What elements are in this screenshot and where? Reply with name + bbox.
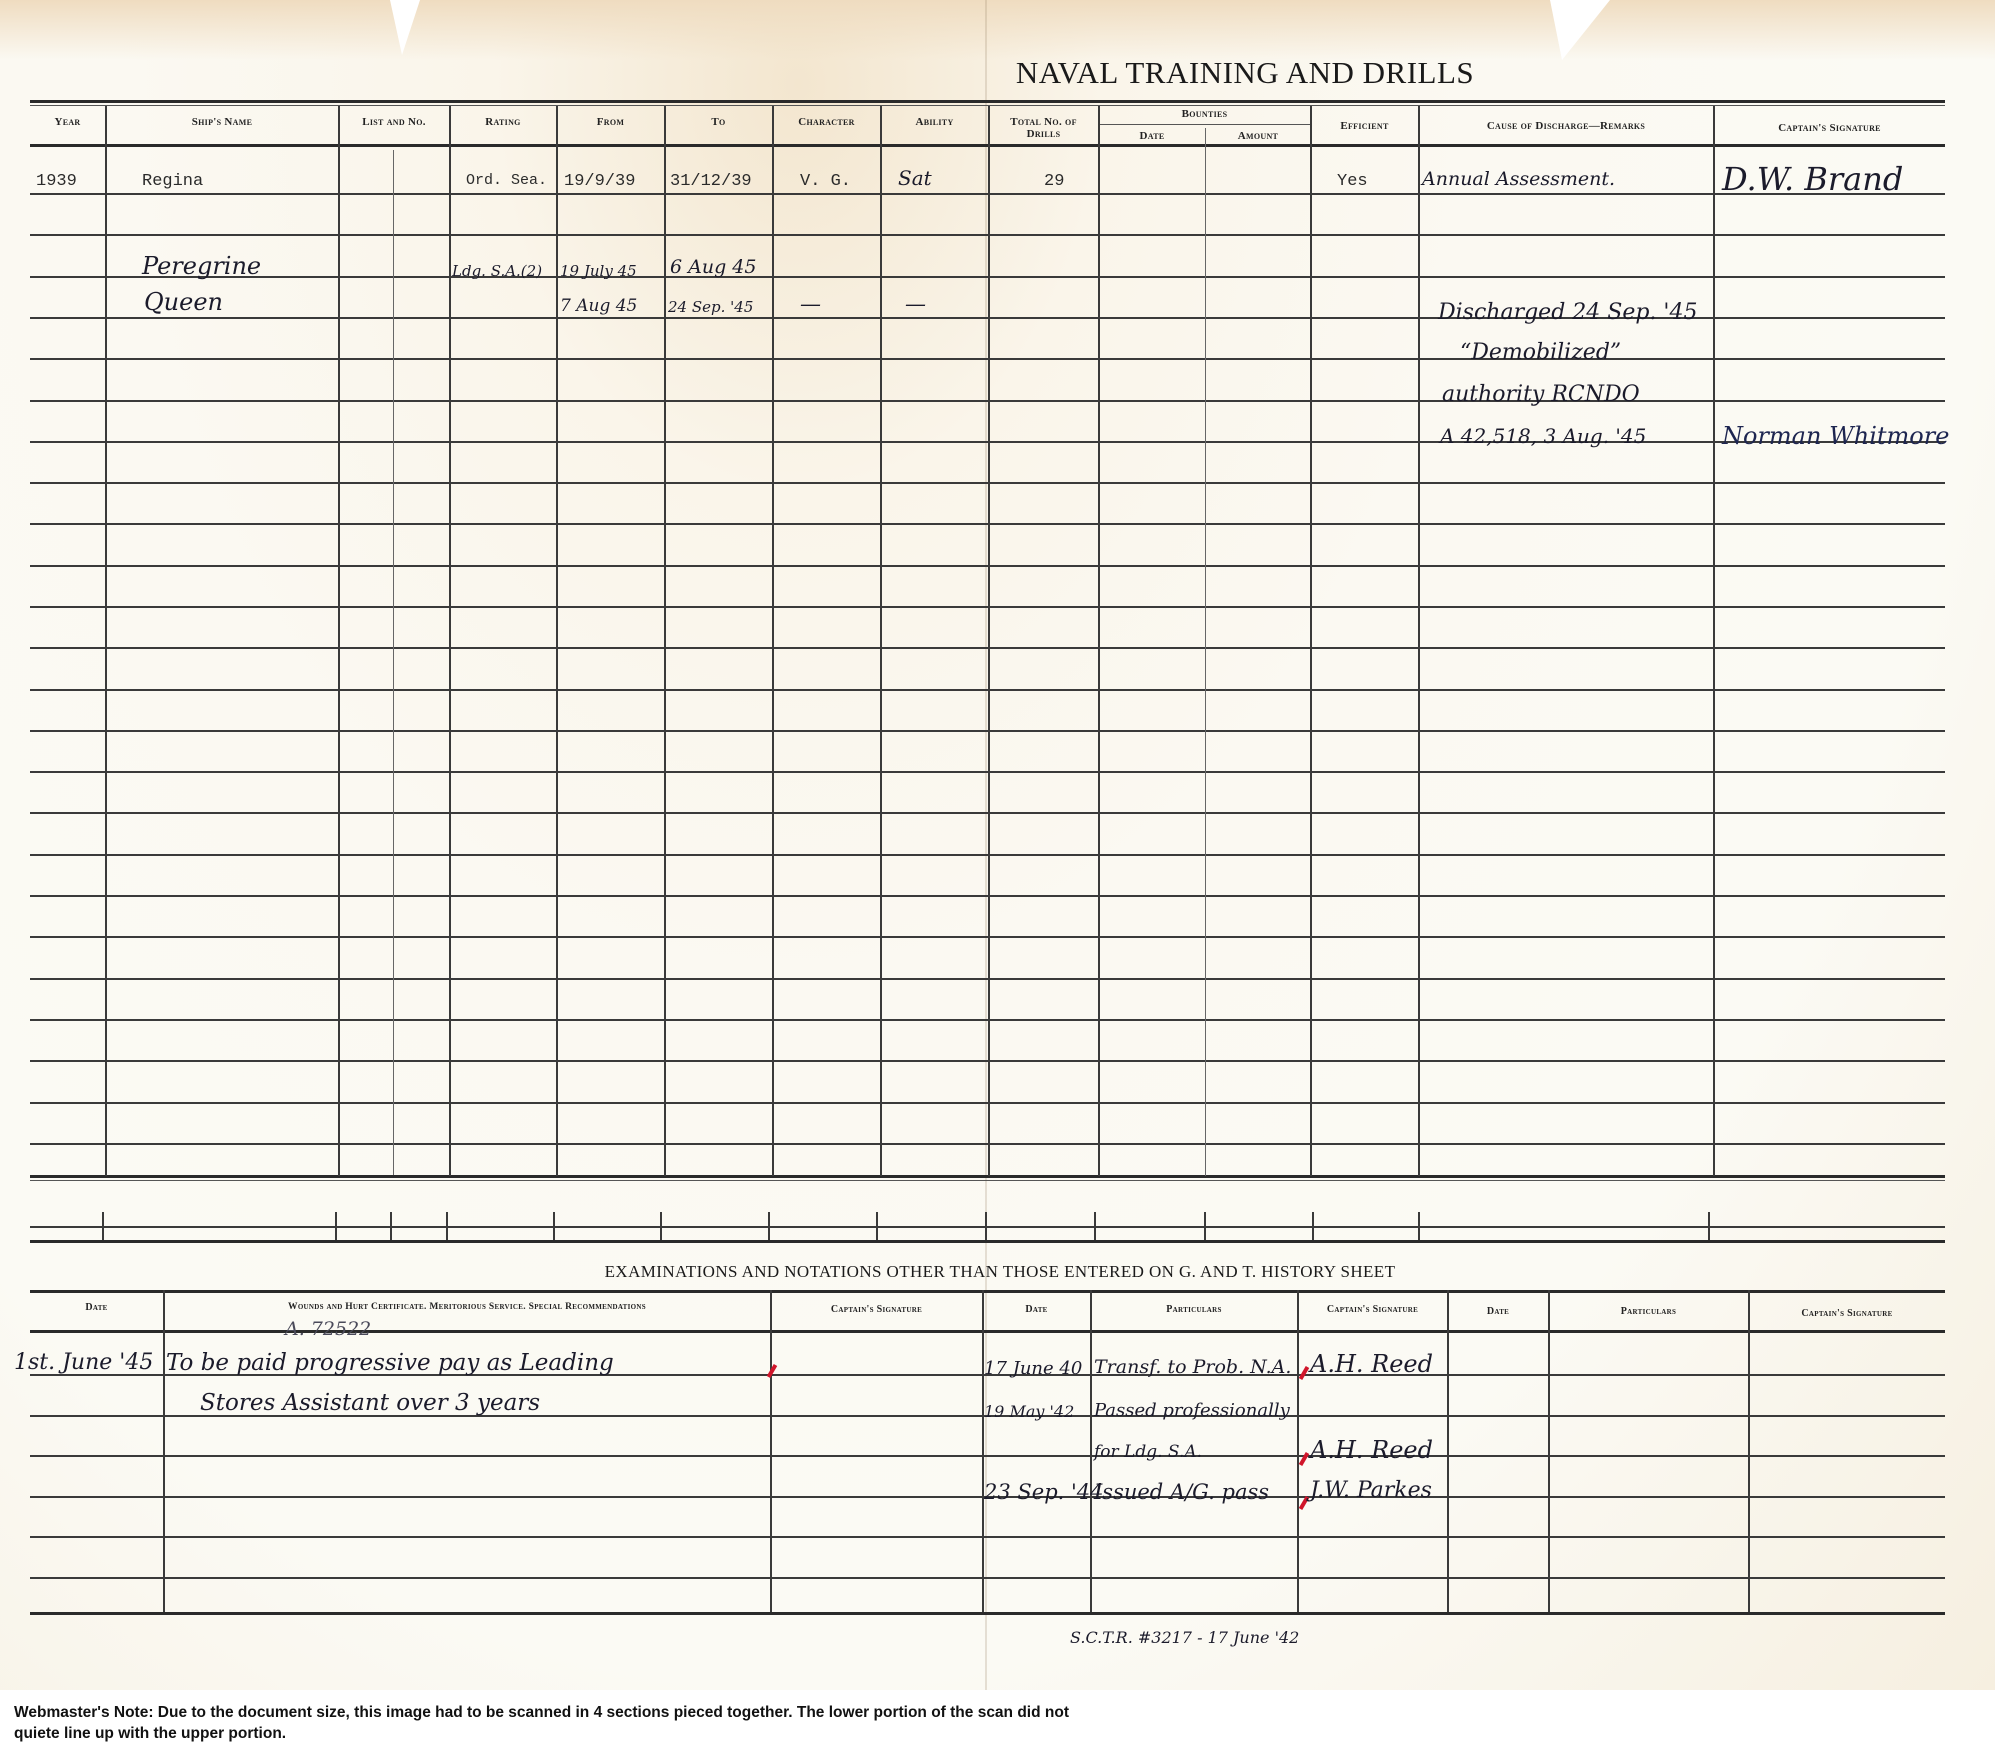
header-ability: Ability: [881, 116, 988, 128]
right-header-captains-signature: Captain's Signature: [1749, 1308, 1945, 1319]
strip-divider: [102, 1212, 104, 1240]
col-divider: [772, 106, 774, 1176]
lower-header-date: Date: [30, 1302, 163, 1313]
cell-character-2: —: [800, 292, 821, 316]
cell-to-2a: 6 Aug 45: [670, 256, 756, 278]
cell-to-2b: 24 Sep. '45: [668, 298, 753, 316]
col-divider: [1713, 106, 1715, 1176]
header-bounties: Bounties: [1099, 108, 1310, 120]
header-from: From: [557, 116, 664, 128]
strip-divider: [876, 1212, 878, 1240]
strip-top-line: [30, 1226, 1945, 1228]
page-title-text: NAVAL TRAINING AND DRILLS: [1016, 55, 1474, 90]
middle-entry-date-2: 19 May '42: [984, 1402, 1074, 1421]
lower-header-top: [30, 1290, 1945, 1293]
discharge-remark-line3: authority RCNDO: [1442, 382, 1640, 407]
col-divider: [664, 106, 666, 1176]
cell-ships-name: Regina: [142, 172, 203, 191]
lower-row-line: [30, 1455, 1945, 1457]
col-divider: [1098, 106, 1100, 1176]
cell-remarks: Annual Assessment.: [1422, 168, 1615, 190]
entry-reference-number: A. 72522: [285, 1318, 371, 1340]
footer-annotation: S.C.T.R. #3217 - 17 June '42: [1070, 1628, 1299, 1647]
header-bounties-amount: Amount: [1206, 130, 1310, 142]
cell-from-2a: 19 July 45: [560, 262, 637, 280]
strip-divider: [768, 1212, 770, 1240]
entry-text-line2: Stores Assistant over 3 years: [200, 1390, 540, 1416]
middle-entry-particulars-3: Issued A/G. pass: [1094, 1480, 1269, 1504]
discharge-signature: Norman Whitmore: [1722, 422, 1949, 450]
lower-col-divider: [1297, 1290, 1299, 1612]
discharge-remark-line2: “Demobilized”: [1460, 340, 1621, 365]
header-bounties-date: Date: [1099, 130, 1205, 142]
middle-entry-signature-2: A.H. Reed: [1310, 1436, 1433, 1464]
lower-col-divider: [1447, 1290, 1449, 1612]
middle-entry-particulars-1: Transf. to Prob. N.A.: [1094, 1356, 1291, 1378]
col-subdivider: [393, 150, 394, 1175]
strip-divider: [1312, 1212, 1314, 1240]
col-divider: [105, 106, 107, 1176]
discharge-remark-line4: A 42,518, 3 Aug. '45: [1440, 424, 1646, 448]
strip-divider: [1204, 1212, 1206, 1240]
lower-col-divider: [1090, 1290, 1092, 1612]
right-header-date: Date: [1448, 1306, 1548, 1317]
strip-divider: [553, 1212, 555, 1240]
strip-divider: [1418, 1212, 1420, 1240]
cell-ships-name-line2: Queen: [144, 288, 223, 316]
page-title: NAVAL TRAINING AND DRILLS: [0, 55, 2000, 91]
lower-header-wounds: Wounds and Hurt Certificate. Meritorious…: [164, 1302, 770, 1312]
cell-ability: Sat: [898, 166, 932, 190]
lower-col-divider: [1548, 1290, 1550, 1612]
table-bottom-border-inner: [30, 1180, 1945, 1181]
strip-divider: [660, 1212, 662, 1240]
col-divider: [449, 106, 451, 1176]
lower-row-line: [30, 1577, 1945, 1579]
lower-bottom-border: [30, 1612, 1945, 1615]
cell-rating-2: Ldg. S.A.(2): [452, 262, 542, 280]
lower-row-line: [30, 1536, 1945, 1538]
col-divider: [1418, 106, 1420, 1176]
col-divider: [338, 106, 340, 1176]
header-efficient: Efficient: [1311, 120, 1418, 132]
header-captains-signature: Captain's Signature: [1714, 122, 1945, 134]
middle-entry-particulars-2b: for Ldg. S.A.: [1094, 1442, 1202, 1462]
header-character: Character: [773, 116, 880, 128]
col-divider: [988, 106, 990, 1176]
strip-divider: [1094, 1212, 1096, 1240]
header-cause-of-discharge: Cause of Discharge—Remarks: [1419, 120, 1713, 132]
strip-divider: [335, 1212, 337, 1240]
entry-date: 1st. June '45: [14, 1350, 153, 1375]
middle-header-date: Date: [983, 1304, 1090, 1315]
cell-from: 19/9/39: [564, 172, 635, 191]
discharge-remark-line1: Discharged 24 Sep. '45: [1438, 300, 1697, 325]
cell-from-2b: 7 Aug 45: [560, 296, 637, 316]
col-subdivider: [1205, 128, 1206, 1176]
header-to: To: [665, 116, 772, 128]
middle-entry-signature-3: J.W. Parkes: [1310, 1478, 1432, 1503]
strip-divider: [985, 1212, 987, 1240]
cell-total-drills: 29: [1044, 172, 1064, 191]
header-list-and-no: List and No.: [339, 116, 449, 128]
webmaster-note: Webmaster's Note: Due to the document si…: [14, 1702, 1214, 1744]
col-divider: [1310, 106, 1312, 1176]
lower-col-divider: [770, 1290, 772, 1612]
center-fold: [985, 0, 987, 1690]
webmaster-note-line2: quiete line up with the upper portion.: [14, 1723, 1214, 1744]
scanned-document: [0, 0, 1995, 1690]
strip-bottom-line: [30, 1240, 1945, 1243]
right-header-particulars: Particulars: [1549, 1306, 1748, 1317]
middle-entry-particulars-2a: Passed professionally: [1094, 1400, 1290, 1421]
cell-rating: Ord. Sea.: [466, 172, 547, 189]
lower-col-divider: [1748, 1290, 1750, 1612]
header-total-drills-line2: Drills: [989, 128, 1098, 140]
middle-header-captains-signature: Captain's Signature: [1298, 1304, 1447, 1315]
strip-divider: [1708, 1212, 1710, 1240]
col-divider: [880, 106, 882, 1176]
cell-to: 31/12/39: [670, 172, 752, 191]
cell-captains-signature: D.W. Brand: [1722, 160, 1903, 198]
header-total-drills: Total No. of Drills: [989, 116, 1098, 140]
middle-entry-date-3: 23 Sep. '44: [984, 1480, 1104, 1504]
header-rating: Rating: [450, 116, 556, 128]
cell-character: V. G.: [800, 172, 851, 191]
cell-ships-name-line1: Peregrine: [142, 252, 261, 280]
lower-col-divider: [982, 1290, 984, 1612]
col-divider: [556, 106, 558, 1176]
header-ships-name: Ship's Name: [106, 116, 338, 128]
bounties-divider: [1100, 124, 1310, 125]
section-title: EXAMINATIONS AND NOTATIONS OTHER THAN TH…: [0, 1262, 2000, 1282]
cell-ability-2: —: [905, 292, 926, 316]
webmaster-note-line1: Webmaster's Note: Due to the document si…: [14, 1702, 1214, 1723]
middle-entry-date-1: 17 June 40: [984, 1358, 1082, 1379]
strip-divider: [446, 1212, 448, 1240]
header-total-drills-line1: Total No. of: [989, 116, 1098, 128]
strip-divider: [390, 1212, 392, 1240]
middle-header-particulars: Particulars: [1091, 1304, 1297, 1315]
lower-col-divider: [163, 1290, 165, 1612]
middle-entry-signature-1: A.H. Reed: [1310, 1350, 1433, 1378]
header-year: Year: [30, 116, 105, 128]
lower-header-captains-signature: Captain's Signature: [771, 1304, 982, 1315]
cell-efficient: Yes: [1337, 172, 1368, 191]
table-top-border: [30, 100, 1945, 103]
cell-year: 1939: [36, 172, 77, 191]
entry-text-line1: To be paid progressive pay as Leading: [166, 1350, 614, 1376]
